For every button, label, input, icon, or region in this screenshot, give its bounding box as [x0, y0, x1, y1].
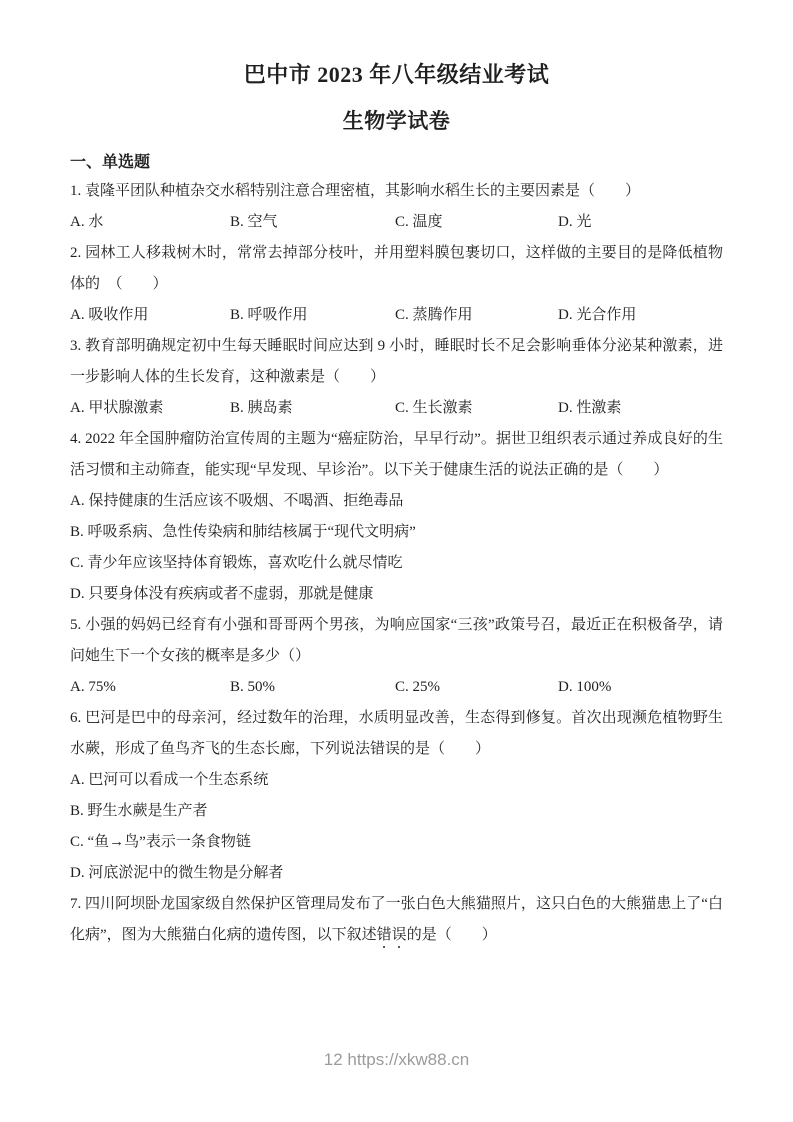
question-4-option-d: D. 只要身体没有疾病或者不虚弱，那就是健康 — [70, 579, 723, 610]
question-6-option-c: C. “鱼→鸟”表示一条食物链 — [70, 827, 723, 858]
question-2-stem: 2. 园林工人移栽树木时，常常去掉部分枝叶，并用塑料膜包裹切口，这样做的主要目的… — [70, 238, 723, 300]
question-1-option-c: C. 温度 — [395, 207, 558, 238]
question-2-option-d: D. 光合作用 — [558, 300, 723, 331]
questions-list: 1. 袁隆平团队种植杂交水稻特别注意合理密植，其影响水稻生长的主要因素是（ ） … — [70, 176, 723, 952]
paper-title: 巴中市 2023 年八年级结业考试 — [70, 60, 723, 90]
question-3-option-a: A. 甲状腺激素 — [70, 393, 230, 424]
question-7-stem: 7. 四川阿坝卧龙国家级自然保护区管理局发布了一张白色大熊猫照片，这只白色的大熊… — [70, 889, 723, 952]
question-3-options: A. 甲状腺激素 B. 胰岛素 C. 生长激素 D. 性激素 — [70, 393, 723, 424]
question-1-option-b: B. 空气 — [230, 207, 395, 238]
question-1-options: A. 水 B. 空气 C. 温度 D. 光 — [70, 207, 723, 238]
question-5-option-d: D. 100% — [558, 672, 723, 703]
exam-paper-page: 巴中市 2023 年八年级结业考试 生物学试卷 一、单选题 1. 袁隆平团队种植… — [0, 0, 793, 1122]
question-5-option-b: B. 50% — [230, 672, 395, 703]
question-6-stem: 6. 巴河是巴中的母亲河，经过数年的治理，水质明显改善，生态得到修复。首次出现濒… — [70, 703, 723, 765]
question-3-option-d: D. 性激素 — [558, 393, 723, 424]
question-2-options: A. 吸收作用 B. 呼吸作用 C. 蒸腾作用 D. 光合作用 — [70, 300, 723, 331]
question-6-option-d: D. 河底淤泥中的微生物是分解者 — [70, 858, 723, 889]
question-1-option-a: A. 水 — [70, 207, 230, 238]
question-2-option-a: A. 吸收作用 — [70, 300, 230, 331]
page-footer-watermark: 12 https://xkw88.cn — [0, 1048, 793, 1072]
question-5-stem: 5. 小强的妈妈已经育有小强和哥哥两个男孩，为响应国家“三孩”政策号召，最近正在… — [70, 610, 723, 672]
question-4-option-a: A. 保持健康的生活应该不吸烟、不喝酒、拒绝毒品 — [70, 486, 723, 517]
paper-subtitle: 生物学试卷 — [70, 106, 723, 136]
question-4-stem: 4. 2022 年全国肿瘤防治宣传周的主题为“癌症防治，早早行动”。据世卫组织表… — [70, 424, 723, 486]
question-5-option-a: A. 75% — [70, 672, 230, 703]
question-5-options: A. 75% B. 50% C. 25% D. 100% — [70, 672, 723, 703]
question-7-stem-after: 的是（ ） — [407, 927, 497, 943]
question-1-stem: 1. 袁隆平团队种植杂交水稻特别注意合理密植，其影响水稻生长的主要因素是（ ） — [70, 176, 723, 207]
question-2-option-c: C. 蒸腾作用 — [395, 300, 558, 331]
question-1-option-d: D. 光 — [558, 207, 723, 238]
question-2-option-b: B. 呼吸作用 — [230, 300, 395, 331]
question-4-option-b: B. 呼吸系病、急性传染病和肺结核属于“现代文明病” — [70, 517, 723, 548]
question-6-option-a: A. 巴河可以看成一个生态系统 — [70, 765, 723, 796]
question-4-option-c: C. 青少年应该坚持体育锻炼，喜欢吃什么就尽情吃 — [70, 548, 723, 579]
question-4-options: A. 保持健康的生活应该不吸烟、不喝酒、拒绝毒品 B. 呼吸系病、急性传染病和肺… — [70, 486, 723, 610]
question-3-stem: 3. 教育部明确规定初中生每天睡眠时间应达到 9 小时，睡眠时长不足会影响垂体分… — [70, 331, 723, 393]
question-6-options: A. 巴河可以看成一个生态系统 B. 野生水蕨是生产者 C. “鱼→鸟”表示一条… — [70, 765, 723, 889]
question-6-option-b: B. 野生水蕨是生产者 — [70, 796, 723, 827]
question-5-option-c: C. 25% — [395, 672, 558, 703]
question-3-option-b: B. 胰岛素 — [230, 393, 395, 424]
section-heading: 一、单选题 — [70, 150, 723, 176]
question-3-option-c: C. 生长激素 — [395, 393, 558, 424]
question-7-stem-emphasis: 错误 — [377, 927, 407, 943]
